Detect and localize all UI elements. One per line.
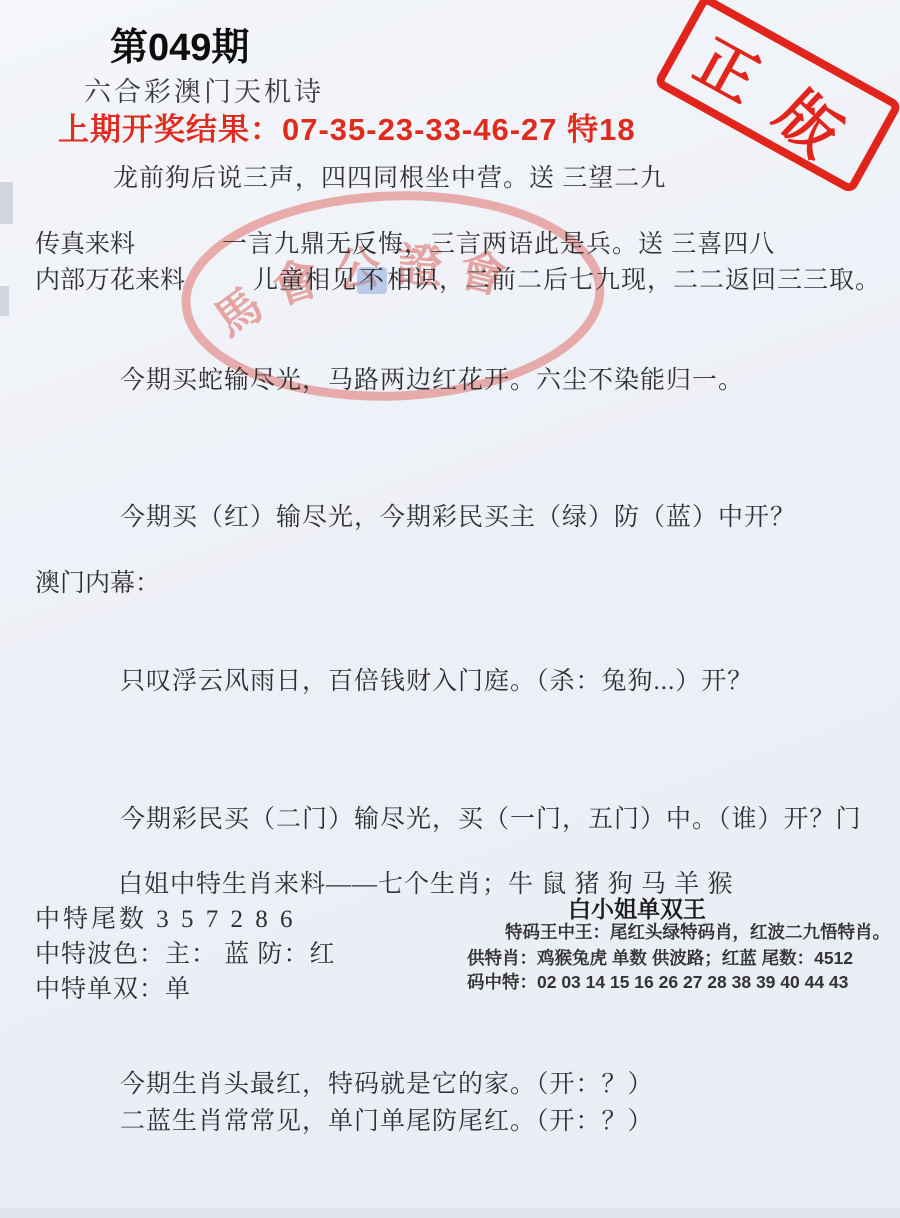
closing-line-2: 二蓝生肖常常见，单门单尾防尾红。（开：？） (120, 1101, 654, 1137)
closing-line-1: 今期生肖头最红，特码就是它的家。（开：？） (120, 1064, 654, 1100)
fax-material-label: 传真来料 (35, 224, 135, 260)
odd-even-line: 中特单双：单 (35, 969, 191, 1005)
sidebox-row-1: 特码王中王：尾红头绿特码肖，红波二九悟特肖。 (505, 919, 890, 944)
tip-sheet-page: 馬會公證會 正 版 第049期 六合彩澳门天机诗 上期开奖结果：07-35-23… (0, 0, 900, 1218)
poem-line-4: 今期买蛇输尽光，马路两边红花开。六尘不染能归一。 (120, 360, 744, 396)
poem-line-5: 今期买（红）输尽光，今期彩民买主（绿）防（蓝）中开？ (120, 497, 796, 533)
wave-color-line: 中特波色：主： 蓝 防：红 (35, 934, 336, 970)
poem-line-7: 今期彩民买（二门）输尽光，买（一门，五门）中。（谁）开？门 (120, 799, 862, 835)
sidebox-row-3: 码中特：02 03 14 15 16 26 27 28 38 39 40 44 … (467, 969, 848, 994)
internal-text-prefix: 儿童相见 (253, 267, 357, 294)
internal-text-suffix: 相识，二前二后七九现，二二返回三三取。 (387, 267, 881, 294)
scan-artifact (0, 286, 9, 316)
issue-title: 第049期 (110, 16, 249, 71)
scan-artifact (0, 182, 13, 224)
poem-line-6: 只叹浮云风雨日，百倍钱财入门庭。（杀：兔狗...）开？ (120, 661, 753, 697)
internal-text-highlight: 不 (357, 267, 387, 294)
internal-material-label: 内部万花来料 (35, 260, 185, 296)
macau-insider-label: 澳门内幕： (35, 563, 160, 599)
page-bottom-edge (0, 1208, 900, 1218)
internal-material-text: 儿童相见不相识，二前二后七九现，二二返回三三取。 (253, 260, 881, 296)
poem-line-1: 龙前狗后说三声，四四同根坐中营。送 三望二九 (113, 158, 666, 194)
sidebox-row-2: 供特肖：鸡猴兔虎 单数 供波路；红蓝 尾数：4512 (467, 945, 853, 970)
genuine-stamp: 正 版 (653, 0, 900, 195)
special-tail-line: 中特尾数 3 5 7 2 8 6 (35, 899, 296, 935)
last-draw-result: 上期开奖结果：07-35-23-33-46-27 特18 (58, 104, 636, 149)
fax-material-text: 一言九鼎无反悔，三言两语此是兵。送 三喜四八 (222, 224, 775, 260)
